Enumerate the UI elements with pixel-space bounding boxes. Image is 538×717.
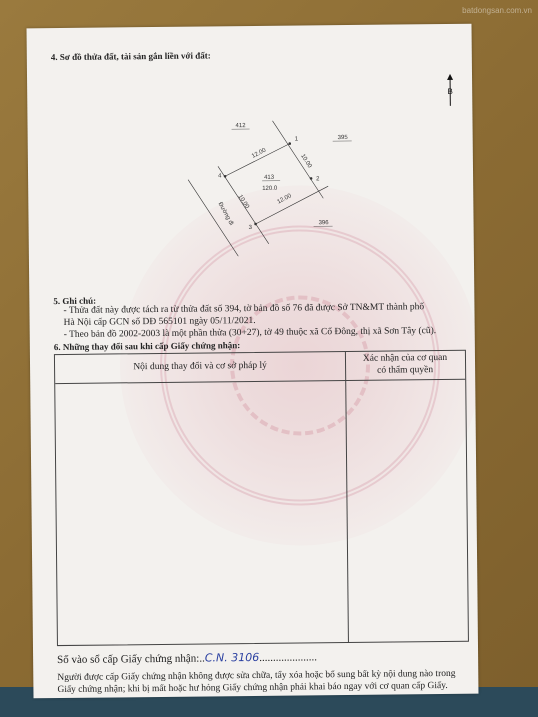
- svg-text:120.0: 120.0: [262, 186, 278, 192]
- svg-text:396: 396: [319, 220, 330, 226]
- column-header-line1: Xác nhận của cơ quan: [345, 352, 465, 365]
- header-divider: [55, 379, 465, 384]
- watermark: batdongsan.com.vn: [462, 6, 532, 15]
- column-header-content: Nội dung thay đổi và cơ sở pháp lý: [55, 360, 345, 373]
- svg-text:10.00: 10.00: [299, 153, 313, 169]
- changes-table: Nội dung thay đổi và cơ sở pháp lý Xác n…: [54, 350, 469, 646]
- svg-text:3: 3: [249, 225, 253, 231]
- registry-number-row: Số vào sổ cấp Giấy chứng nhận:..C.N. 310…: [57, 651, 317, 666]
- column-header-confirmation: Xác nhận của cơ quan có thẩm quyền: [345, 352, 465, 377]
- column-divider: [345, 352, 349, 642]
- svg-text:1: 1: [295, 137, 299, 143]
- registry-label: Số vào sổ cấp Giấy chứng nhận:: [57, 653, 199, 666]
- svg-text:412: 412: [236, 123, 247, 129]
- section6-title: 6. Những thay đổi sau khi cấp Giấy chứng…: [54, 340, 240, 352]
- certificate-page: 4. Sơ đồ thửa đất, tài sản gắn liền với …: [27, 24, 479, 699]
- svg-text:395: 395: [338, 135, 349, 141]
- svg-text:4: 4: [218, 173, 222, 179]
- svg-text:10.00: 10.00: [237, 194, 251, 210]
- north-arrow-icon: B: [444, 74, 456, 106]
- parcel-diagram: 1 2 3 4 12.00 10.00 12.00 10.00 413 120.…: [167, 109, 409, 257]
- registry-value: C.N. 3106: [205, 651, 260, 665]
- column-header-line2: có thẩm quyền: [345, 364, 465, 377]
- section4-title: 4. Sơ đồ thửa đất, tài sản gắn liền với …: [51, 50, 211, 62]
- svg-text:12.00: 12.00: [251, 147, 268, 160]
- svg-text:2: 2: [316, 176, 320, 182]
- svg-text:B: B: [447, 87, 452, 96]
- svg-text:413: 413: [264, 175, 275, 181]
- svg-text:Đường đi: Đường đi: [217, 201, 234, 226]
- svg-text:12.00: 12.00: [277, 193, 294, 206]
